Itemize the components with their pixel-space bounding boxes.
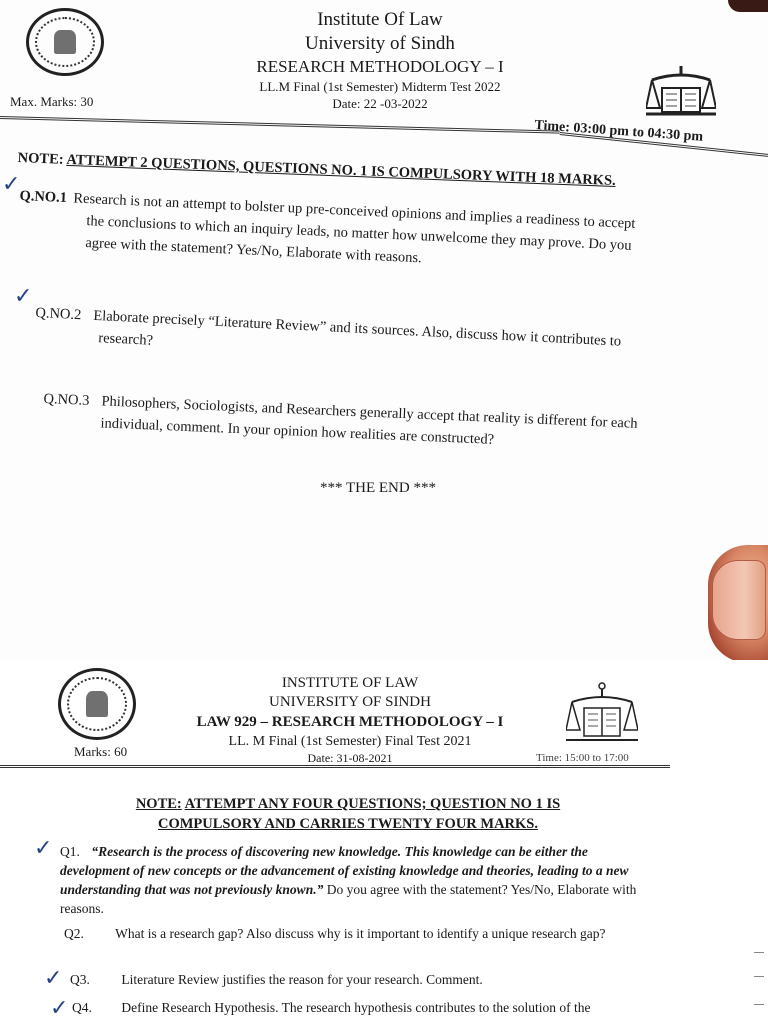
university-seal-icon: [58, 668, 136, 740]
checkmark-icon: ✓: [50, 996, 68, 1021]
program-title: LL.M Final (1st Semester) Midterm Test 2…: [230, 78, 530, 95]
question-number: Q4.: [72, 998, 118, 1017]
question-text: Literature Review justifies the reason f…: [121, 972, 482, 987]
note-label: NOTE:: [136, 796, 182, 812]
institute-name: Institute Of Law: [230, 8, 530, 32]
checkmark-icon: ✓: [2, 172, 20, 197]
checkmark-icon: ✓: [44, 966, 62, 991]
note-label: NOTE:: [17, 150, 64, 168]
header-divider: [0, 116, 560, 134]
question-text: Define Research Hypothesis. The research…: [121, 1000, 590, 1015]
institute-name: INSTITUTE OF LAW: [160, 674, 540, 693]
exam-date: Date: 22 -03-2022: [230, 95, 530, 112]
exam-time: Time: 15:00 to 17:00: [536, 752, 629, 764]
question-number: Q2.: [64, 924, 112, 943]
course-title: RESEARCH METHODOLOGY – I: [230, 56, 530, 78]
marks: Marks: 60: [74, 744, 127, 760]
university-name: University of Sindh: [230, 32, 530, 56]
paper-header: Institute Of Law University of Sindh RES…: [230, 8, 530, 112]
question-number: Q1.: [60, 842, 88, 861]
paper-header: INSTITUTE OF LAW UNIVERSITY OF SINDH LAW…: [160, 674, 540, 766]
thumbnail-image: [712, 560, 766, 640]
question-2: Q.NO.2 Elaborate precisely “Literature R…: [34, 302, 755, 381]
instructions-note: NOTE: ATTEMPT ANY FOUR QUESTIONS; QUESTI…: [88, 794, 608, 834]
course-title: LAW 929 – RESEARCH METHODOLOGY – I: [160, 712, 540, 732]
final-paper-sheet: INSTITUTE OF LAW UNIVERSITY OF SINDH LAW…: [0, 660, 768, 1024]
checkmark-icon: ✓: [34, 836, 52, 861]
edge-mark: [754, 952, 764, 953]
question-2: Q2. What is a research gap? Also discuss…: [64, 924, 652, 943]
university-name: UNIVERSITY OF SINDH: [160, 693, 540, 712]
checkmark-icon: ✓: [14, 284, 32, 309]
max-marks: Max. Marks: 30: [10, 94, 93, 110]
question-1: Q1. “Research is the process of discover…: [60, 842, 650, 918]
question-number: Q3.: [70, 970, 118, 989]
note-text: ATTEMPT 2 QUESTIONS, QUESTIONS NO. 1 IS …: [66, 152, 616, 189]
edge-mark: [754, 1004, 764, 1005]
instructions-note: NOTE: ATTEMPT 2 QUESTIONS, QUESTIONS NO.…: [17, 150, 616, 190]
question-3: Q3. Literature Review justifies the reas…: [70, 970, 650, 989]
question-4: Q4. Define Research Hypothesis. The rese…: [72, 998, 672, 1017]
end-marker: *** THE END ***: [320, 480, 436, 497]
midterm-paper-sheet: Institute Of Law University of Sindh RES…: [0, 0, 768, 660]
university-seal-icon: [26, 8, 104, 76]
question-number: Q.NO.2: [35, 302, 82, 326]
scales-of-justice-icon: [646, 62, 716, 118]
scales-of-justice-icon: [566, 680, 638, 742]
program-title: LL. M Final (1st Semester) Final Test 20…: [160, 732, 540, 751]
question-number: Q.NO.3: [43, 388, 90, 412]
header-divider: [0, 765, 670, 768]
background-edge: [728, 0, 768, 12]
question-3: Q.NO.3 Philosophers, Sociologists, and R…: [42, 388, 763, 462]
question-text: What is a research gap? Also discuss why…: [115, 926, 605, 941]
note-line-2: COMPULSORY AND CARRIES TWENTY FOUR MARKS…: [158, 816, 538, 832]
question-1: Q.NO.1 Research is not an attempt to bol…: [17, 185, 759, 285]
edge-mark: [754, 976, 764, 977]
note-line-1: ATTEMPT ANY FOUR QUESTIONS; QUESTION NO …: [185, 796, 561, 812]
exam-date: Date: 31-08-2021: [160, 751, 540, 766]
question-number: Q.NO.1: [19, 185, 67, 209]
